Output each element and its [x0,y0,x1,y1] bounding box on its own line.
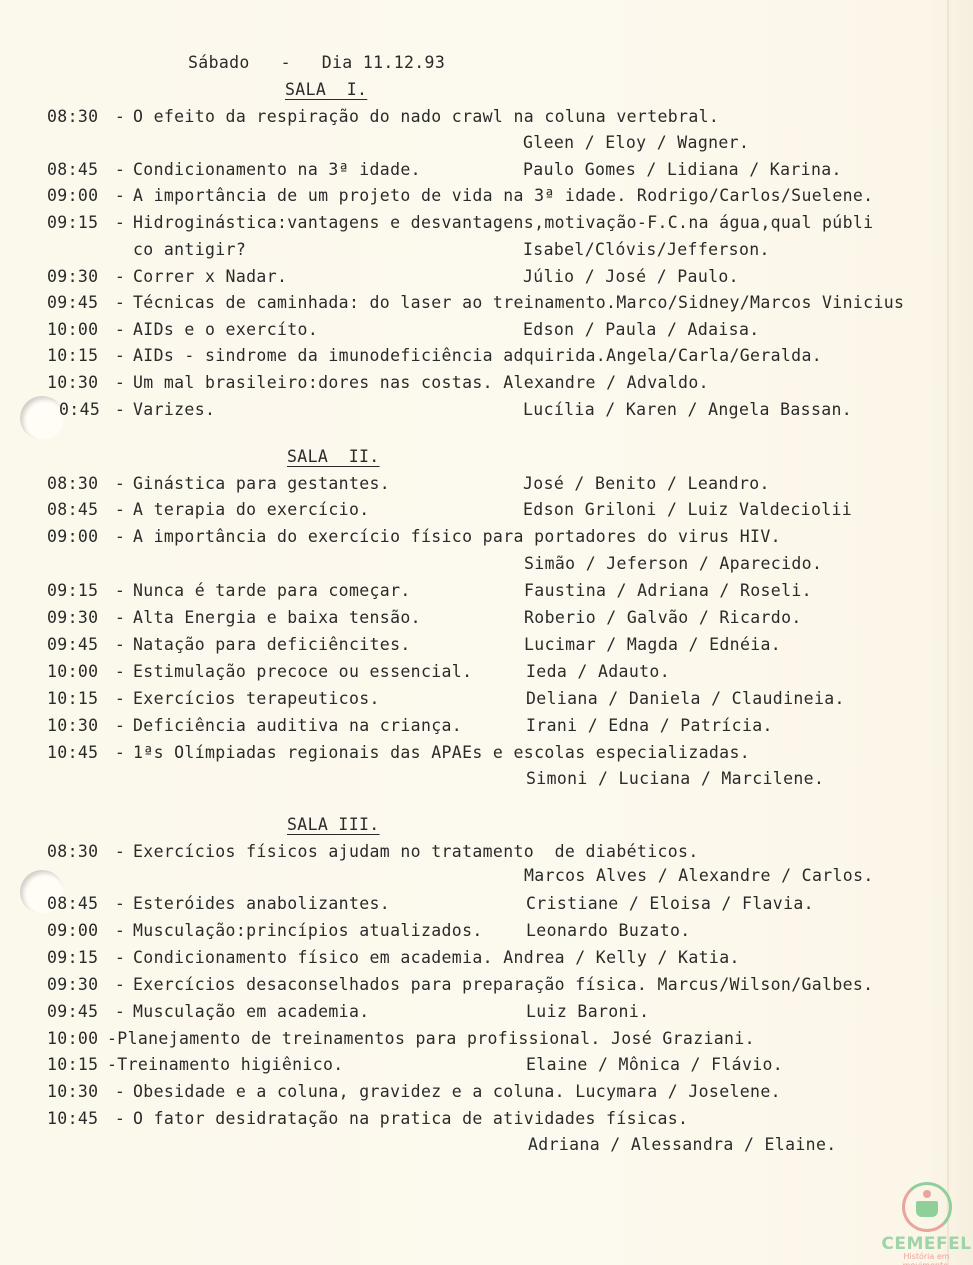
session-row: 10:30-Um mal brasileiro:dores nas costas… [47,373,709,393]
document-header: Sábado - Dia 11.12.93 [188,53,445,73]
session-title: A importância do exercício físico para p… [133,527,781,546]
session-row: 09:15-Hidroginástica:vantagens e desvant… [47,213,873,233]
session-time: 09:15 [47,948,107,968]
session-title: Exercícios desaconselhados para preparaç… [133,975,647,994]
session-time: 10:00 [47,662,107,682]
session-title: Exercícios físicos ajudam no tratamento … [133,842,699,861]
session-speakers: Alexandre / Advaldo. [503,373,709,392]
session-speakers: Paulo Gomes / Lidiana / Karina. [523,160,842,180]
cemefel-logo: CEMEFEL História em movimento. [880,1182,973,1265]
session-row: 10:00-Planejamento de treinamentos para … [47,1029,755,1049]
session-time: 08:30 [47,842,107,862]
session-row: 08:45-A terapia do exercício. [47,500,370,520]
session-row: 09:30-Alta Energia e baixa tensão. [47,608,421,628]
paper-fold-line [947,0,949,1265]
session-time: 09:30 [47,608,107,628]
session-time: 09:45 [47,635,107,655]
document-page: Sábado - Dia 11.12.93 SALA I. 08:30-O ef… [0,0,973,1265]
punch-hole [20,396,64,440]
session-time: 08:30 [47,474,107,494]
session-time: 09:15 [47,581,107,601]
sala-1-title: SALA I. [285,80,367,99]
session-speakers: Marcos Alves / Alexandre / Carlos. [524,866,874,886]
session-row: 10:45-O fator desidratação na pratica de… [47,1109,688,1129]
session-speakers: Lucymara / Joselene. [575,1082,781,1101]
session-time: 10:30 [47,373,107,393]
session-title: Treinamento higiênico. [117,1055,343,1074]
session-row: 10:30-Deficiência auditiva na criança. [47,716,462,736]
session-time: 09:00 [47,921,107,941]
session-row: 09:00-A importância do exercício físico … [47,527,781,547]
session-speakers: Gleen / Eloy / Wagner. [523,133,749,153]
session-speakers: Simoni / Luciana / Marcilene. [526,769,824,789]
session-title: Estimulação precoce ou essencial. [133,662,472,681]
session-row: 10:45-1ªs Olímpiadas regionais das APAEs… [47,743,750,763]
session-speakers: Lucília / Karen / Angela Bassan. [523,400,852,420]
session-title: Ginástica para gestantes. [133,474,390,493]
logo-name: CEMEFEL [880,1234,973,1254]
session-time: 10:30 [47,1082,107,1102]
session-time: 10:15 [47,1055,107,1075]
session-time: 09:45 [47,293,107,313]
session-row: 10:00-AIDs e o exercíto. [47,320,318,340]
session-time: 10:15 [47,689,107,709]
session-title: Condicionamento físico em academia. [133,948,493,967]
session-row: 10:15-AIDs - sindrome da imunodeficiênci… [47,346,822,366]
session-row: 09:30-Correr x Nadar. [47,267,287,287]
session-speakers: Edson / Paula / Adaisa. [523,320,760,340]
session-speakers: Lucimar / Magda / Ednéia. [524,635,781,655]
session-speakers: Roberio / Galvão / Ricardo. [524,608,802,628]
session-title: Correr x Nadar. [133,267,287,286]
session-time: 09:00 [47,186,107,206]
session-row: 09:45-Musculação em academia. [47,1002,370,1022]
session-time: 09:15 [47,213,107,233]
session-title: O fator desidratação na pratica de ativi… [133,1109,688,1128]
session-speakers: Simão / Jeferson / Aparecido. [524,554,822,574]
session-speakers: Faustina / Adriana / Roseli. [524,581,812,601]
sala-2-title: SALA II. [287,447,380,466]
session-time: 08:45 [47,894,107,914]
session-title-continuation: co antigir? [133,240,246,260]
session-row: 10:30-Obesidade e a coluna, gravidez e a… [47,1082,781,1102]
session-title: Alta Energia e baixa tensão. [133,608,421,627]
sala-3-title: SALA III. [287,815,380,834]
session-title: Natação para deficiêncites. [133,635,411,654]
session-speakers: Elaine / Mônica / Flávio. [526,1055,783,1075]
session-row: 08:30-Ginástica para gestantes. [47,474,390,494]
header-day: Sábado [188,53,250,72]
session-speakers: Edson Griloni / Luiz Valdeciolii [523,500,852,520]
session-speakers: Deliana / Daniela / Claudineia. [526,689,845,709]
session-title: Planejamento de treinamentos para profis… [117,1029,600,1048]
session-title: A importância de um projeto de vida na 3… [133,186,627,205]
session-title: Um mal brasileiro:dores nas costas. [133,373,493,392]
session-speakers: Marcus/Wilson/Galbes. [658,975,874,994]
session-row: 10:15-Treinamento higiênico. [47,1055,344,1075]
session-title: Exercícios terapeuticos. [133,689,380,708]
session-title: AIDs - sindrome da imunodeficiência adqu… [133,346,606,365]
session-title: Condicionamento na 3ª idade. [133,160,421,179]
book-reader-icon [902,1182,952,1232]
session-time: 08:30 [47,107,107,127]
session-time: 09:45 [47,1002,107,1022]
session-speakers: Andrea / Kelly / Katia. [503,948,740,967]
session-time: 10:00 [47,1029,107,1049]
session-speakers: Luiz Baroni. [526,1002,649,1022]
session-row: 08:30-O efeito da respiração do nado cra… [47,107,719,127]
session-time: 08:45 [47,500,107,520]
session-speakers: Irani / Edna / Patrícia. [526,716,773,736]
session-speakers: Angela/Carla/Geralda. [606,346,822,365]
session-time: 10:15 [47,346,107,366]
session-speakers: Ieda / Adauto. [526,662,670,682]
session-time: 0:45 [59,400,107,420]
session-row: 09:45-Natação para deficiêncites. [47,635,411,655]
session-row: 08:45-Condicionamento na 3ª idade. [47,160,421,180]
session-speakers: José Graziani. [611,1029,755,1048]
session-row: 09:15-Nunca é tarde para começar. [47,581,411,601]
session-time: 09:00 [47,527,107,547]
session-title: 1ªs Olímpiadas regionais das APAEs e esc… [133,743,750,762]
session-speakers: Júlio / José / Paulo. [523,267,739,287]
session-time: 09:30 [47,267,107,287]
session-time: 09:30 [47,975,107,995]
session-speakers: Leonardo Buzato. [526,921,691,941]
session-time: 10:45 [47,1109,107,1129]
session-time: 08:45 [47,160,107,180]
session-title: A terapia do exercício. [133,500,370,519]
session-time: 10:30 [47,716,107,736]
session-title: Musculação em academia. [133,1002,370,1021]
session-row: 09:30-Exercícios desaconselhados para pr… [47,975,873,995]
header-separator: - [281,53,291,72]
session-row: 10:00-Estimulação precoce ou essencial. [47,662,472,682]
session-row: 09:00-A importância de um projeto de vid… [47,186,873,206]
session-speakers: Marco/Sidney/Marcos Vinicius [616,293,904,312]
header-date: Dia 11.12.93 [322,53,445,72]
session-row: 09:15-Condicionamento físico em academia… [47,948,740,968]
session-speakers: Rodrigo/Carlos/Suelene. [637,186,874,205]
session-row: 08:45-Esteróides anabolizantes. [47,894,390,914]
session-time: 10:45 [47,743,107,763]
session-title: Esteróides anabolizantes. [133,894,390,913]
session-time: 10:00 [47,320,107,340]
session-row: 0:45-Varizes. [59,400,215,420]
session-title: Nunca é tarde para começar. [133,581,411,600]
session-title: Obesidade e a coluna, gravidez e a colun… [133,1082,565,1101]
session-title: AIDs e o exercíto. [133,320,318,339]
session-row: 08:30-Exercícios físicos ajudam no trata… [47,842,699,862]
session-speakers: José / Benito / Leandro. [523,474,770,494]
session-title: Deficiência auditiva na criança. [133,716,462,735]
session-row: 10:15-Exercícios terapeuticos. [47,689,380,709]
session-speakers: Cristiane / Eloisa / Flavia. [526,894,814,914]
session-title: Musculação:princípios atualizados. [133,921,483,940]
session-speakers: Isabel/Clóvis/Jefferson. [523,240,770,260]
session-row: 09:45-Técnicas de caminhada: do laser ao… [47,293,904,313]
session-title: Varizes. [133,400,215,419]
session-speakers: Adriana / Alessandra / Elaine. [528,1135,837,1155]
session-title: O efeito da respiração do nado crawl na … [133,107,719,126]
session-title: Hidroginástica:vantagens e desvantagens,… [133,213,873,232]
session-title: Técnicas de caminhada: do laser ao trein… [133,293,616,312]
session-row: 09:00-Musculação:princípios atualizados. [47,921,483,941]
